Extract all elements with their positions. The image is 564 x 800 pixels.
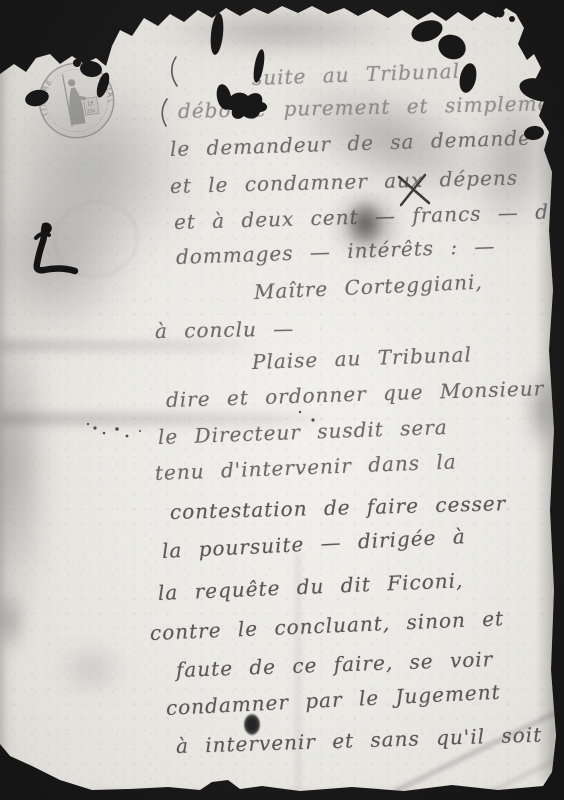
handwritten-line: suite au Tribunal bbox=[252, 59, 461, 90]
handwritten-line: Plaise au Tribunal bbox=[252, 342, 473, 374]
handwritten-line: la poursuite — dirigée à bbox=[161, 524, 466, 563]
document-page: suite au Tribunal déboute purement et si… bbox=[0, 0, 564, 800]
water-stain bbox=[45, 633, 137, 705]
handwritten-line: Maître Corteggiani, bbox=[253, 270, 483, 304]
water-stain bbox=[518, 352, 564, 467]
handwritten-line: tenu d'intervenir dans la bbox=[155, 449, 458, 485]
handwritten-line: à conclu — bbox=[155, 317, 295, 343]
handwritten-line: et à deux cent — francs — de bbox=[174, 199, 562, 234]
handwritten-line: faute de ce faire, se voir bbox=[176, 647, 494, 682]
handwritten-line: dommages — intérêts : — bbox=[176, 234, 496, 269]
fold-crease bbox=[473, 746, 564, 800]
handwritten-line: contestation de faire cesser bbox=[170, 491, 507, 524]
handwritten-line: condamner par le Jugement bbox=[165, 680, 501, 720]
ink-blot bbox=[240, 709, 264, 740]
water-stain bbox=[0, 573, 33, 668]
handwritten-line: le Directeur susdit sera bbox=[158, 415, 449, 449]
handwritten-line: déboute purement et simplement bbox=[178, 91, 564, 123]
handwritten-line: la requête du dit Ficoni, bbox=[157, 568, 463, 605]
stamp-value-franc: 1F. bbox=[87, 101, 96, 108]
scanner-background: suite au Tribunal déboute purement et si… bbox=[0, 0, 564, 800]
revenue-stamp: 1F. 25c. TIMBRE IMPERIAL bbox=[32, 56, 121, 145]
fold-crease bbox=[536, 140, 556, 780]
handwritten-line: à intervenir et sans qu'il soit bbox=[176, 722, 543, 757]
stamp-ghost-impression bbox=[48, 194, 144, 283]
water-stain bbox=[110, 0, 455, 62]
handwritten-line: contre le concluant, sinon et bbox=[149, 606, 504, 645]
handwritten-line: dire et ordonner que Monsieur bbox=[166, 376, 545, 412]
water-stain bbox=[0, 250, 59, 680]
handwritten-line: et le condamner aux dépens bbox=[170, 165, 519, 197]
handwritten-line: le demandeur de sa demande bbox=[170, 126, 532, 161]
